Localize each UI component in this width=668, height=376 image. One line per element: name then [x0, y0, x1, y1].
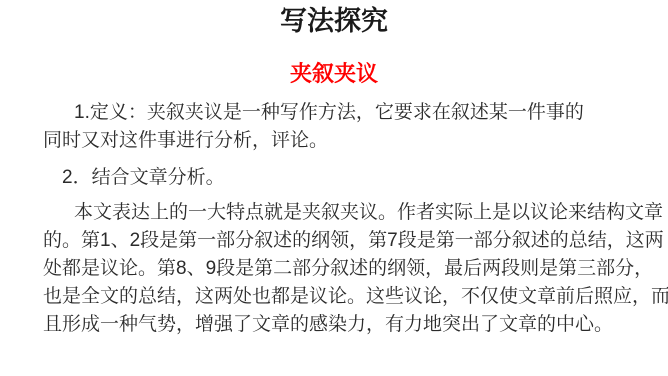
text-line: 1.定义：夹叙夹议是一种写作方法，它要求在叙述某一件事的	[43, 99, 625, 127]
text-line: 同时又对这件事进行分析，评论。	[43, 127, 625, 155]
text-line: 也是全文的总结，这两处也都是议论。这些议论，不仅使文章前后照应，而	[43, 283, 625, 311]
text-line: 的。第1、2段是第一部分叙述的纲领，第7段是第一部分叙述的总结，这两	[43, 227, 625, 255]
analysis-paragraph: 本文表达上的一大特点就是夹叙夹议。作者实际上是以议论来结构文章 的。第1、2段是…	[43, 199, 625, 339]
text-line: 本文表达上的一大特点就是夹叙夹议。作者实际上是以议论来结构文章	[43, 199, 625, 227]
text-line: 处都是议论。第8、9段是第二部分叙述的纲领，最后两段则是第三部分，	[43, 255, 625, 283]
section-heading: 2．结合文章分析。	[43, 164, 625, 192]
body-text: 1.定义：夹叙夹议是一种写作方法，它要求在叙述某一件事的 同时又对这件事进行分析…	[43, 99, 625, 339]
subtitle: 夹叙夹议	[0, 62, 668, 85]
page-title: 写法探究	[0, 0, 668, 36]
section-heading-paragraph: 2．结合文章分析。	[43, 164, 625, 192]
slide: 写法探究 夹叙夹议 1.定义：夹叙夹议是一种写作方法，它要求在叙述某一件事的 同…	[0, 0, 668, 376]
text-line: 且形成一种气势，增强了文章的感染力，有力地突出了文章的中心。	[43, 311, 625, 339]
definition-paragraph: 1.定义：夹叙夹议是一种写作方法，它要求在叙述某一件事的 同时又对这件事进行分析…	[43, 99, 625, 155]
